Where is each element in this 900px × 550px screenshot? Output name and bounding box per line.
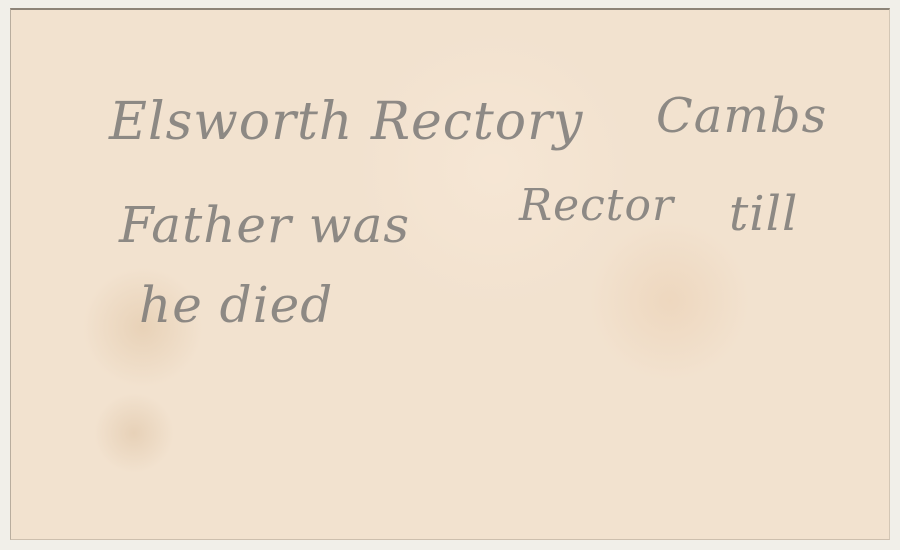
handwritten-text-till: till: [729, 186, 798, 242]
photo-card-back: Elsworth Rectory Cambs Father was Rector…: [10, 8, 890, 540]
handwritten-text-rector: Rector: [519, 180, 674, 231]
handwritten-text-died: he died: [139, 276, 333, 334]
handwritten-text-location: Elsworth Rectory: [109, 92, 583, 152]
handwritten-text-county: Cambs: [656, 88, 827, 144]
handwritten-text-father: Father was: [119, 196, 410, 254]
